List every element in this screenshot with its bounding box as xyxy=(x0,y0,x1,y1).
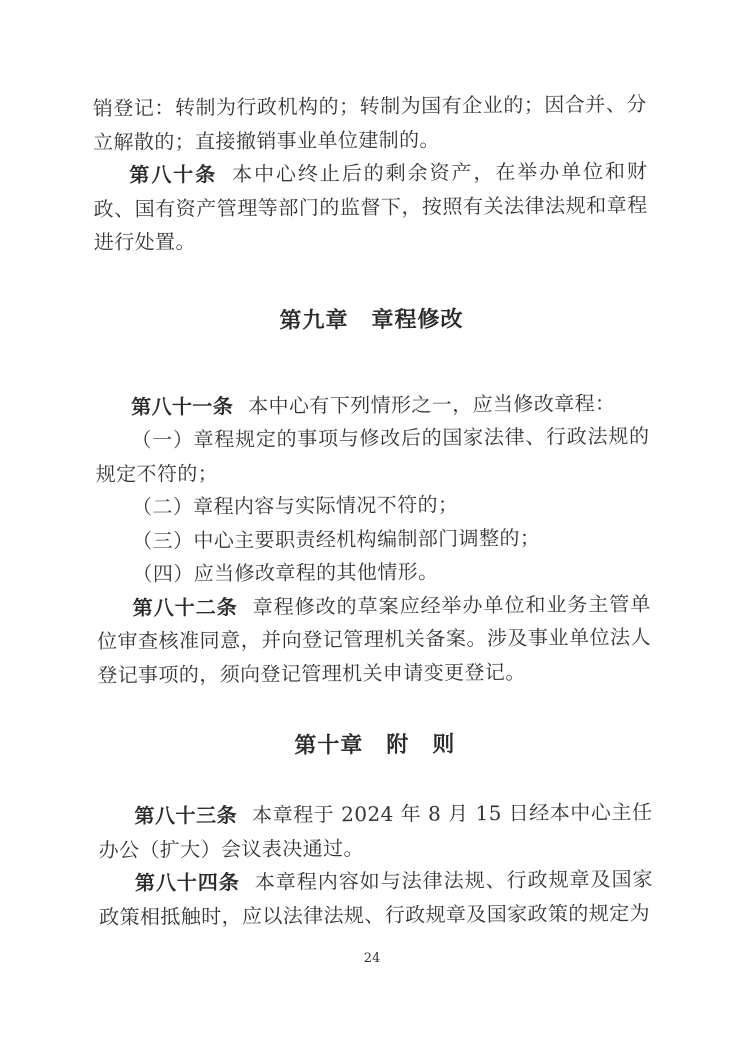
paragraph-continuation: 销登记：转制为行政机构的；转制为国有企业的；因合并、分立解散的；直接撤销事业单位… xyxy=(93,88,648,159)
list-item-4: （四）应当修改章程的其他情形。 xyxy=(96,554,650,592)
list-item-1: （一）章程规定的事项与修改后的国家法律、行政法规的规定不符的； xyxy=(95,420,650,491)
list-item-2: （二）章程内容与实际情况不符的； xyxy=(96,487,650,525)
article-81-text: 本中心有下列情形之一，应当修改章程： xyxy=(248,391,615,418)
list-item-3: （三）中心主要职责经机构编制部门调整的； xyxy=(96,520,650,558)
article-82: 第八十二条章程修改的草案应经举办单位和业务主管单位审查核准同意，并向登记管理机关… xyxy=(97,587,652,692)
document-content: 销登记：转制为行政机构的；转制为国有企业的；因合并、分立解散的；直接撤销事业单位… xyxy=(93,88,654,934)
article-84-number: 第八十四条 xyxy=(135,870,240,895)
article-84: 第八十四条本章程内容如与法律法规、行政规章及国家政策相抵触时，应以法律法规、行政… xyxy=(99,863,654,934)
document-page: 销登记：转制为行政机构的；转制为国有企业的；因合并、分立解散的；直接撤销事业单位… xyxy=(0,0,744,1052)
page-number: 24 xyxy=(0,951,744,966)
article-83: 第八十三条本章程于 2024 年 8 月 15 日经本中心主任办公（扩大）会议表… xyxy=(98,796,653,867)
chapter-10-heading: 第十章 附 则 xyxy=(98,726,652,766)
article-80: 第八十条本中心终止后的剩余资产，在举办单位和财政、国有资产管理等部门的监督下，按… xyxy=(93,155,648,260)
article-81-number: 第八十一条 xyxy=(131,394,233,419)
article-80-number: 第八十条 xyxy=(129,162,217,187)
article-83-number: 第八十三条 xyxy=(134,803,237,828)
article-81: 第八十一条本中心有下列情形之一，应当修改章程： xyxy=(95,386,649,424)
chapter-9-heading: 第九章 章程修改 xyxy=(94,300,648,340)
article-82-number: 第八十二条 xyxy=(133,595,238,620)
